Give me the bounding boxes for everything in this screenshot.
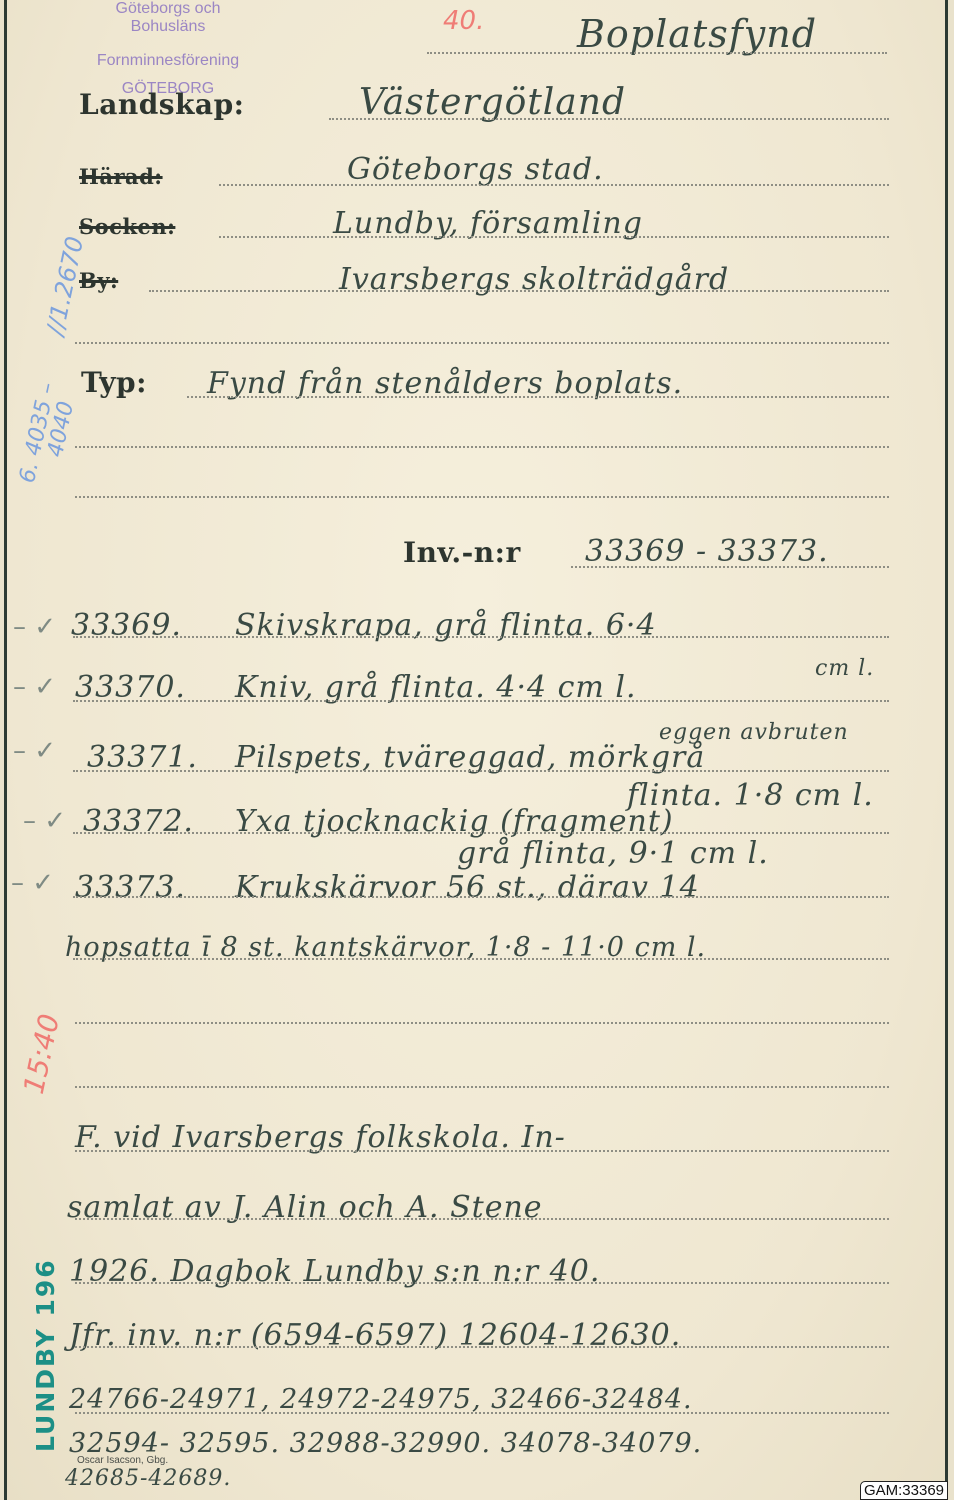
stamp-line-2: Bohusläns [43,18,293,36]
dotted-line [73,770,889,772]
dotted-line [75,1022,889,1024]
dotted-line [187,396,889,398]
dotted-line [219,184,889,186]
landskap-value: Västergötland [359,82,626,123]
dotted-line [75,1346,889,1348]
item-check-mark: – ✓ [13,612,56,642]
dotted-line [75,496,889,498]
dotted-line [75,1150,889,1152]
harad-label: Härad: [79,164,163,189]
socken-label: Socken: [79,214,175,239]
dotted-line [329,118,889,120]
dotted-line [73,958,889,960]
item-check-mark: – ✓ [23,806,66,836]
item-continuation: grå flinta, 9·1 cm l. [457,836,769,871]
dotted-line [73,700,889,702]
dotted-line [73,636,889,638]
item-continuation: cm l. [815,656,874,681]
inventory-range: 33369 - 33373. [585,534,829,569]
dotted-line [571,566,889,568]
landskap-label: Landskap: [79,88,245,121]
item-check-mark: – ✓ [11,868,54,898]
dotted-line [75,446,889,448]
note-line: 24766-24971, 24972-24975, 32466-32484. [69,1384,693,1415]
dotted-line [75,342,889,344]
item-number: 33373. [75,870,186,905]
item-check-mark: – ✓ [13,736,56,766]
inventory-label: Inv.-n:r [403,536,521,569]
item-check-mark: – ✓ [13,672,56,702]
dotted-line [73,832,889,834]
margin-note-red: 15:40 [17,1011,66,1097]
dotted-line [75,1086,889,1088]
dotted-line [73,896,889,898]
dotted-line [75,1218,889,1220]
category-heading: Boplatsfynd [577,12,817,56]
catalog-id-label: GAM:33369 [860,1481,948,1500]
catalog-card: Göteborgs och Bohusläns Fornminnesföreni… [4,0,948,1500]
dotted-line [219,236,889,238]
by-label: By: [79,268,118,293]
dotted-line [427,52,887,54]
harad-value: Göteborgs stad. [347,152,604,187]
stamp-line-1: Göteborgs och [43,0,293,18]
note-line: 42685-42689. [65,1466,231,1491]
typ-label: Typ: [81,366,147,399]
dotted-line [75,1412,889,1414]
printer-imprint: Oscar Isacson, Gbg. [77,1455,168,1466]
red-number-top: 40. [443,6,484,36]
dotted-line [75,1282,889,1284]
margin-stamp-teal: LUNDBY 196 [31,1258,60,1452]
item-description: Krukskärvor 56 st., därav 14 [235,870,700,905]
dotted-line [149,290,889,292]
stamp-line-3: Fornminnesförening [43,52,293,70]
